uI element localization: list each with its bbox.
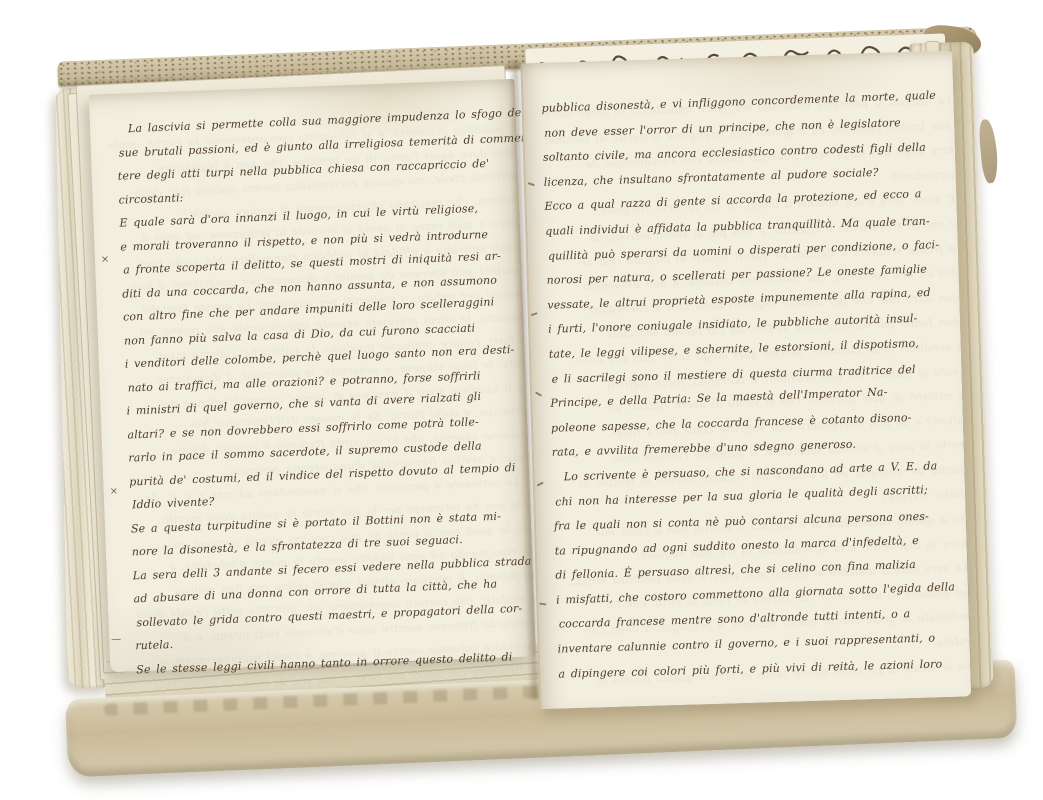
margin-mark: — bbox=[111, 634, 121, 645]
ink-mark bbox=[528, 182, 535, 186]
photo-backdrop: pubblica disonestà, e vi infliggono conc… bbox=[0, 0, 1043, 800]
left-page: pubblica disonestà, e vi infliggono conc… bbox=[89, 79, 536, 673]
manuscript-book: pubblica disonestà, e vi infliggono conc… bbox=[28, 0, 1013, 785]
ink-mark bbox=[537, 482, 544, 487]
ink-mark bbox=[531, 312, 538, 316]
ink-mark bbox=[535, 392, 542, 397]
margin-mark: × bbox=[109, 486, 118, 497]
torn-paper-fragment bbox=[978, 119, 999, 184]
ink-mark bbox=[539, 603, 546, 606]
left-page-text: La lascivia si permette colla sua maggio… bbox=[116, 103, 532, 661]
right-page-text: pubblica disonestà, e vi infliggono conc… bbox=[541, 85, 969, 699]
right-page: La lascivia si permette colla sua maggio… bbox=[520, 51, 971, 710]
margin-mark: × bbox=[101, 254, 110, 265]
